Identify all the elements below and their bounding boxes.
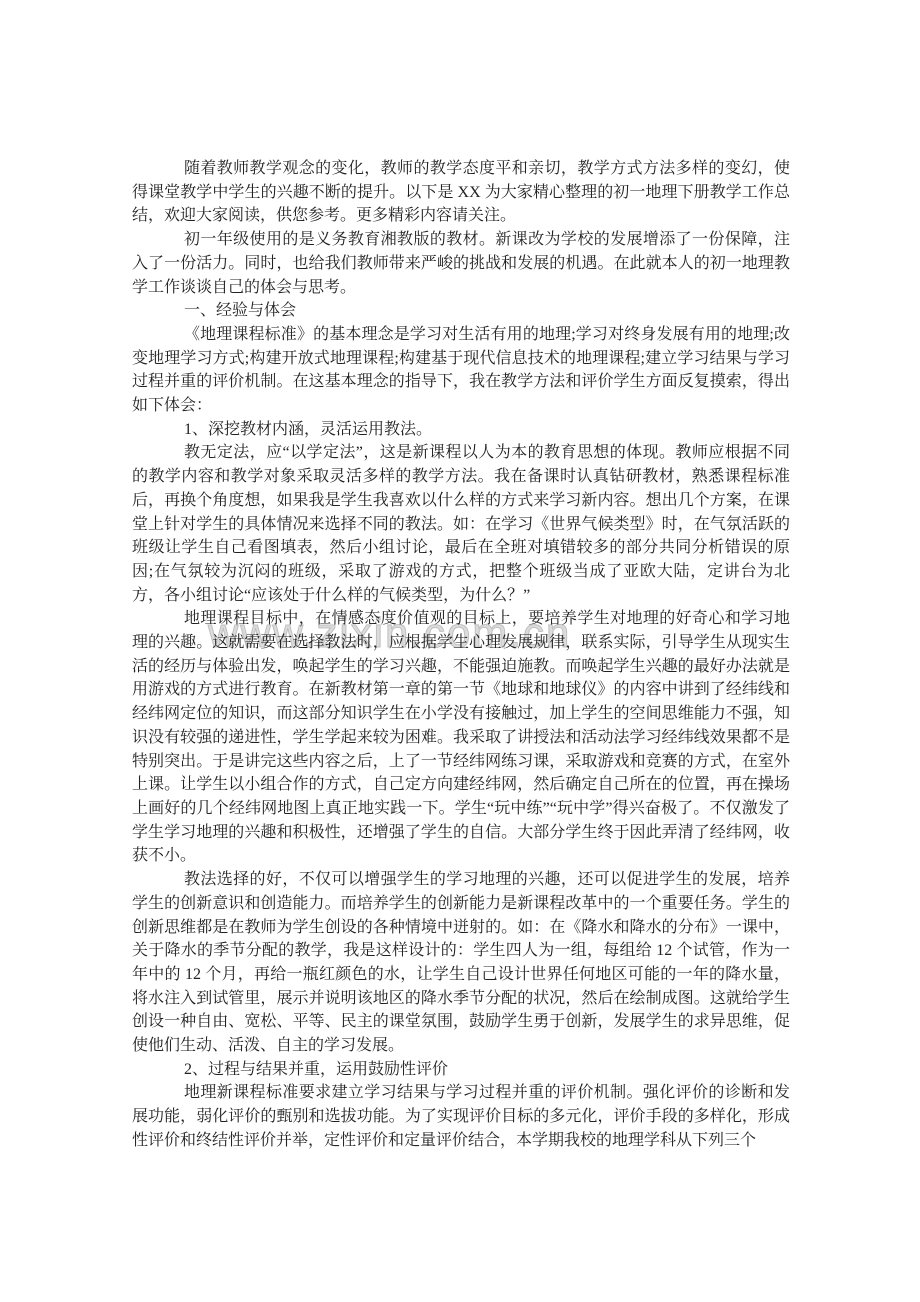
document-page: www.zixin.com.cn 随着教师教学观念的变化，教师的教学态度平和亲切… (0, 0, 920, 1302)
paragraph-intro: 随着教师教学观念的变化，教师的教学态度平和亲切，教学方式方法多样的变幻，使得课堂… (132, 157, 790, 228)
paragraph-teaching-methods: 教无定法，应“以学定法”，这是新课程以人为本的教育思想的体现。教师应根据不同的教… (132, 441, 790, 607)
section-heading-1: 一、经验与体会 (132, 299, 790, 323)
paragraph-evaluation: 地理新课程标准要求建立学习结果与学习过程并重的评价机制。强化评价的诊断和发展功能… (132, 1081, 790, 1152)
subsection-heading-2: 2、过程与结果并重，运用鼓励性评价 (132, 1058, 790, 1082)
document-content: 随着教师教学观念的变化，教师的教学态度平和亲切，教学方式方法多样的变幻，使得课堂… (132, 157, 790, 1153)
paragraph-innovation: 教法选择的好，不仅可以增强学生的学习地理的兴趣，还可以促进学生的发展，培养学生的… (132, 868, 790, 1058)
paragraph-standards: 《地理课程标准》的基本理念是学习对生活有用的地理;学习对终身发展有用的地理;改变… (132, 323, 790, 418)
subsection-heading-1: 1、深挖教材内涵，灵活运用教法。 (132, 418, 790, 442)
paragraph-interest-games: 地理课程目标中，在情感态度价值观的目标上，要培养学生对地理的好奇心和学习地理的兴… (132, 607, 790, 868)
paragraph-overview: 初一年级使用的是义务教育湘教版的教材。新课改为学校的发展增添了一份保障，注入了一… (132, 228, 790, 299)
